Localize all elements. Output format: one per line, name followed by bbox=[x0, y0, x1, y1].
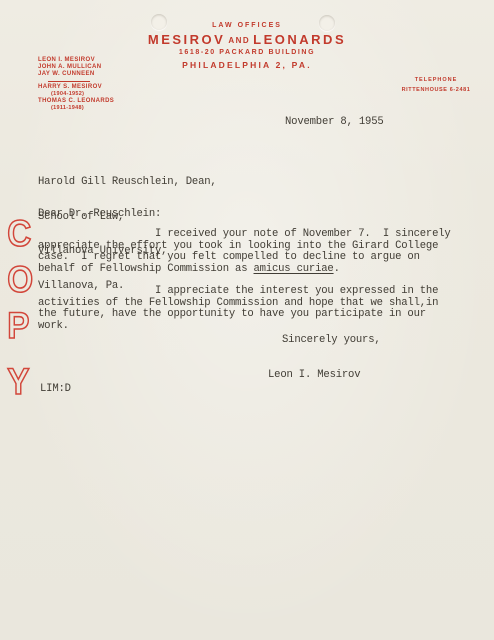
attorney-list: LEON I. MESIROV JOHN A. MULLICAN JAY W. … bbox=[38, 57, 130, 112]
memorial-years: (1911-1948) bbox=[38, 105, 130, 112]
paragraph-text: . bbox=[334, 263, 340, 275]
firm-name-first: MESIROV bbox=[148, 32, 225, 47]
copy-stamp-letter: Y bbox=[7, 361, 29, 402]
amicus-curiae-underlined: amicus curiae bbox=[254, 263, 334, 275]
paragraph-line: behalf of Fellowship Commission as amicu… bbox=[38, 264, 478, 276]
paragraph-line: I appreciate the interest you expressed … bbox=[38, 286, 478, 298]
letter-scan-page: LAW OFFICES MESIROVANDLEONARDS 1618-20 P… bbox=[0, 0, 494, 640]
paragraph-line: work. bbox=[38, 321, 478, 333]
firm-name-and: AND bbox=[225, 36, 253, 45]
telephone-label: TELEPHONE bbox=[394, 77, 478, 83]
typist-reference: LIM:D bbox=[40, 384, 71, 396]
closing: Sincerely yours, bbox=[282, 335, 381, 347]
memorial-name: HARRY S. MESIROV bbox=[38, 84, 130, 91]
letter-date: November 8, 1955 bbox=[285, 117, 384, 129]
copy-stamp-letter: P bbox=[7, 305, 29, 346]
body-paragraph-1: I received your note of November 7. I si… bbox=[38, 229, 478, 275]
memorial-years: (1904-1952) bbox=[38, 91, 130, 98]
paragraph-line: the future, have the opportunity to have… bbox=[38, 309, 478, 321]
firm-name-last: LEONARDS bbox=[253, 32, 346, 47]
copy-stamp-letter: O bbox=[7, 259, 33, 300]
copy-stamp: C O P Y bbox=[1, 208, 43, 408]
salutation: Dear Dr. Reuschlein: bbox=[38, 209, 161, 221]
signature-name: Leon I. Mesirov bbox=[268, 370, 360, 382]
law-offices-label: LAW OFFICES bbox=[0, 22, 494, 29]
paragraph-text: behalf of Fellowship Commission as bbox=[38, 263, 254, 275]
paragraph-line: I received your note of November 7. I si… bbox=[38, 229, 478, 241]
copy-stamp-letter: C bbox=[7, 213, 31, 254]
attorney-list-divider bbox=[48, 81, 90, 82]
telephone-number: RITTENHOUSE 6-2481 bbox=[394, 87, 478, 93]
firm-name: MESIROVANDLEONARDS bbox=[0, 32, 494, 47]
recipient-line: Harold Gill Reuschlein, Dean, bbox=[38, 177, 217, 189]
attorney-name: JAY W. CUNNEEN bbox=[38, 71, 130, 78]
attorney-name: LEON I. MESIROV bbox=[38, 57, 130, 64]
body-paragraph-2: I appreciate the interest you expressed … bbox=[38, 286, 478, 332]
memorial-name: THOMAS C. LEONARDS bbox=[38, 98, 130, 105]
letterhead-building: 1618-20 PACKARD BUILDING bbox=[0, 49, 494, 56]
attorney-name: JOHN A. MULLICAN bbox=[38, 64, 130, 71]
telephone-block: TELEPHONE RITTENHOUSE 6-2481 bbox=[394, 77, 478, 93]
